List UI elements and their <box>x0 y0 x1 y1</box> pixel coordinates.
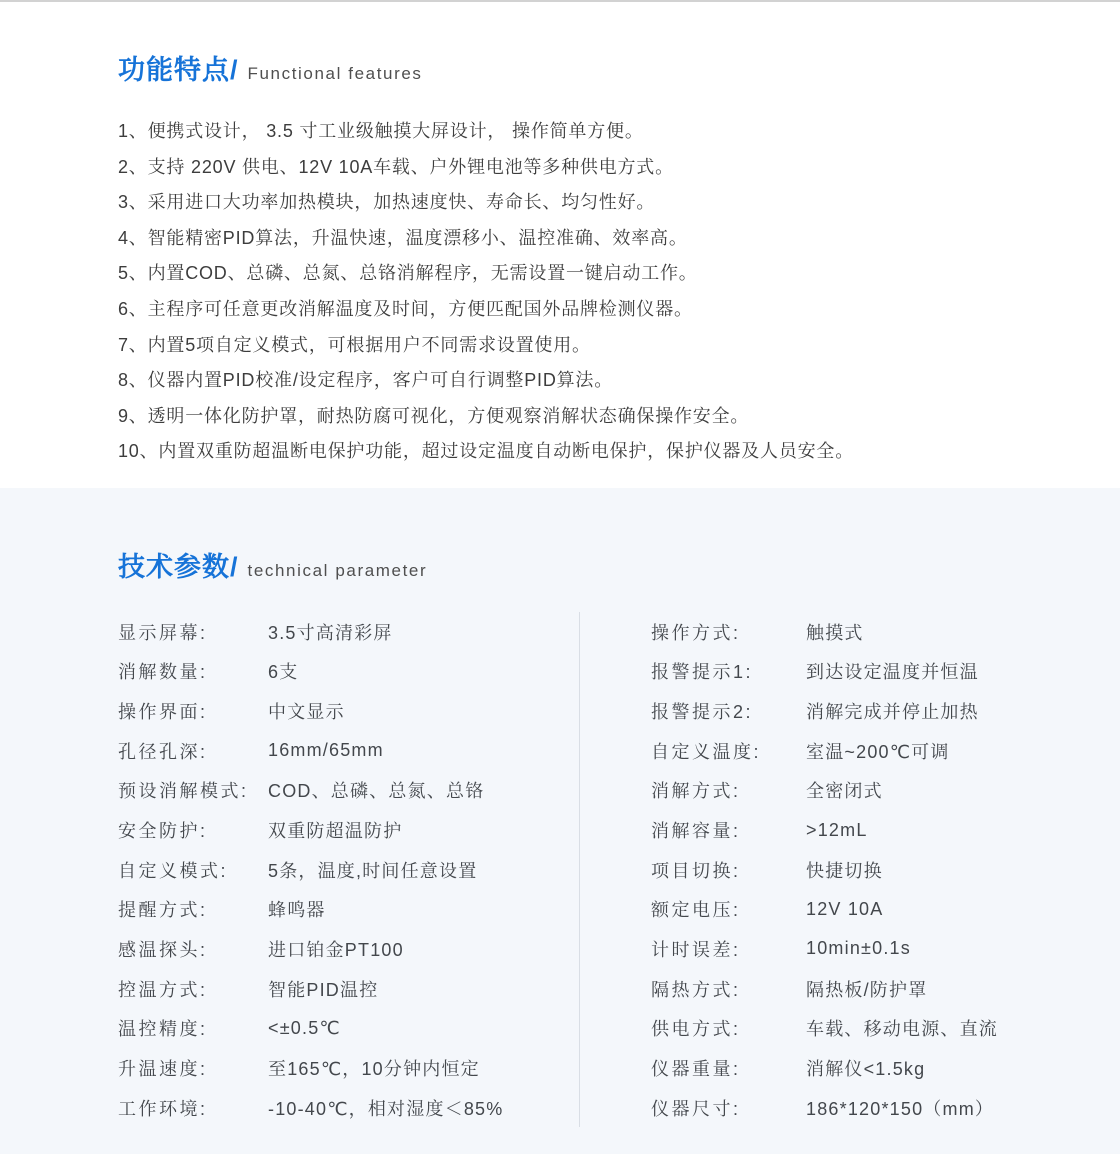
spec-value: 至165℃，10分钟内恒定 <box>268 1055 480 1081</box>
spec-value: 12V 10A <box>806 899 883 920</box>
spec-label: 工作环境: <box>118 1095 268 1121</box>
spec-value: 消解仪<1.5kg <box>806 1055 925 1081</box>
feature-item: 8、仪器内置PID校准/设定程序，客户可自行调整PID算法。 <box>118 363 1120 399</box>
feature-list: 1、便携式设计， 3.5 寸工业级触摸大屏设计， 操作简单方便。2、支持 220… <box>0 114 1120 470</box>
feature-item: 3、采用进口大功率加热模块，加热速度快、寿命长、均匀性好。 <box>118 185 1120 221</box>
spec-value: 快捷切换 <box>806 857 883 883</box>
feature-item: 6、主程序可任意更改消解温度及时间，方便匹配国外品牌检测仪器。 <box>118 292 1120 328</box>
spec-label: 自定义温度: <box>651 738 806 764</box>
spec-row: 自定义温度: 室温~200℃可调 <box>651 731 1120 771</box>
spec-label: 控温方式: <box>118 976 268 1002</box>
spec-row: 提醒方式: 蜂鸣器 <box>118 889 579 929</box>
spec-row: 工作环境: -10-40℃，相对湿度＜85% <box>118 1088 579 1128</box>
spec-label: 消解方式: <box>651 777 806 803</box>
spec-value: 3.5寸高清彩屏 <box>268 619 393 645</box>
spec-row: 消解容量: >12mL <box>651 810 1120 850</box>
spec-label: 预设消解模式: <box>118 777 268 803</box>
spec-row: 隔热方式: 隔热板/防护罩 <box>651 969 1120 1009</box>
functional-features-section: 功能特点/ Functional features 1、便携式设计， 3.5 寸… <box>0 2 1120 488</box>
spec-label: 温控精度: <box>118 1015 268 1041</box>
spec-table: 显示屏幕: 3.5寸高清彩屏 消解数量: 6支 操作界面: 中文显示 孔径孔深:… <box>0 612 1120 1127</box>
features-section-title: 功能特点/ Functional features <box>0 48 1120 87</box>
spec-value: 16mm/65mm <box>268 740 384 761</box>
spec-label: 消解数量: <box>118 658 268 684</box>
spec-value: 到达设定温度并恒温 <box>806 658 979 684</box>
spec-row: 安全防护: 双重防超温防护 <box>118 810 579 850</box>
spec-label: 报警提示2: <box>651 698 806 724</box>
feature-item: 7、内置5项自定义模式，可根据用户不同需求设置使用。 <box>118 328 1120 364</box>
spec-row: 报警提示2: 消解完成并停止加热 <box>651 691 1120 731</box>
spec-value: 智能PID温控 <box>268 976 378 1002</box>
spec-label: 操作方式: <box>651 619 806 645</box>
spec-label: 显示屏幕: <box>118 619 268 645</box>
spec-label: 提醒方式: <box>118 896 268 922</box>
specs-section-title: 技术参数/ technical parameter <box>0 545 1120 584</box>
spec-label: 孔径孔深: <box>118 738 268 764</box>
spec-row: 额定电压: 12V 10A <box>651 889 1120 929</box>
spec-row: 仪器尺寸: 186*120*150（mm） <box>651 1088 1120 1128</box>
spec-label: 安全防护: <box>118 817 268 843</box>
feature-item: 9、透明一体化防护罩，耐热防腐可视化，方便观察消解状态确保操作安全。 <box>118 399 1120 435</box>
features-title-zh: 功能特点/ <box>118 48 239 87</box>
feature-item: 4、智能精密PID算法，升温快速，温度漂移小、温控准确、效率高。 <box>118 221 1120 257</box>
spec-value: 10min±0.1s <box>806 938 911 959</box>
spec-row: 报警提示1: 到达设定温度并恒温 <box>651 652 1120 692</box>
spec-row: 预设消解模式: COD、总磷、总氮、总铬 <box>118 771 579 811</box>
spec-label: 项目切换: <box>651 857 806 883</box>
spec-value: 6支 <box>268 658 298 684</box>
technical-parameter-section: 技术参数/ technical parameter 显示屏幕: 3.5寸高清彩屏… <box>0 488 1120 1154</box>
spec-row: 孔径孔深: 16mm/65mm <box>118 731 579 771</box>
specs-title-en: technical parameter <box>248 561 428 581</box>
spec-row: 消解数量: 6支 <box>118 652 579 692</box>
spec-row: 仪器重量: 消解仪<1.5kg <box>651 1048 1120 1088</box>
spec-row: 升温速度: 至165℃，10分钟内恒定 <box>118 1048 579 1088</box>
spec-row: 供电方式: 车载、移动电源、直流 <box>651 1008 1120 1048</box>
spec-value: 进口铂金PT100 <box>268 936 404 962</box>
spec-value: 全密闭式 <box>806 777 883 803</box>
spec-value: <±0.5℃ <box>268 1018 341 1039</box>
spec-row: 操作界面: 中文显示 <box>118 691 579 731</box>
spec-value: 消解完成并停止加热 <box>806 698 979 724</box>
spec-value: 186*120*150（mm） <box>806 1095 994 1121</box>
spec-label: 仪器尺寸: <box>651 1095 806 1121</box>
feature-item: 2、支持 220V 供电、12V 10A车载、户外锂电池等多种供电方式。 <box>118 150 1120 186</box>
spec-value: 车载、移动电源、直流 <box>806 1015 998 1041</box>
spec-row: 显示屏幕: 3.5寸高清彩屏 <box>118 612 579 652</box>
spec-value: -10-40℃，相对湿度＜85% <box>268 1095 503 1121</box>
spec-value: COD、总磷、总氮、总铬 <box>268 777 484 803</box>
features-title-en: Functional features <box>248 64 423 84</box>
spec-label: 仪器重量: <box>651 1055 806 1081</box>
spec-row: 消解方式: 全密闭式 <box>651 771 1120 811</box>
spec-label: 报警提示1: <box>651 658 806 684</box>
spec-value: >12mL <box>806 820 868 841</box>
spec-value: 5条，温度,时间任意设置 <box>268 857 477 883</box>
spec-label: 供电方式: <box>651 1015 806 1041</box>
spec-value: 隔热板/防护罩 <box>806 976 927 1002</box>
specs-title-zh: 技术参数/ <box>118 545 239 584</box>
spec-row: 项目切换: 快捷切换 <box>651 850 1120 890</box>
spec-row: 操作方式: 触摸式 <box>651 612 1120 652</box>
feature-item: 5、内置COD、总磷、总氮、总铬消解程序，无需设置一键启动工作。 <box>118 256 1120 292</box>
spec-label: 额定电压: <box>651 896 806 922</box>
spec-value: 双重防超温防护 <box>268 817 402 843</box>
spec-label: 自定义模式: <box>118 857 268 883</box>
spec-column-right: 操作方式: 触摸式 报警提示1: 到达设定温度并恒温 报警提示2: 消解完成并停… <box>579 612 1120 1127</box>
spec-label: 隔热方式: <box>651 976 806 1002</box>
feature-item: 1、便携式设计， 3.5 寸工业级触摸大屏设计， 操作简单方便。 <box>118 114 1120 150</box>
spec-label: 操作界面: <box>118 698 268 724</box>
feature-item: 10、内置双重防超温断电保护功能，超过设定温度自动断电保护，保护仪器及人员安全。 <box>118 434 1120 470</box>
spec-value: 室温~200℃可调 <box>806 738 950 764</box>
spec-row: 控温方式: 智能PID温控 <box>118 969 579 1009</box>
spec-row: 自定义模式: 5条，温度,时间任意设置 <box>118 850 579 890</box>
spec-value: 蜂鸣器 <box>268 896 326 922</box>
spec-label: 计时误差: <box>651 936 806 962</box>
spec-value: 触摸式 <box>806 619 864 645</box>
spec-label: 感温探头: <box>118 936 268 962</box>
spec-row: 温控精度: <±0.5℃ <box>118 1008 579 1048</box>
spec-value: 中文显示 <box>268 698 345 724</box>
spec-label: 升温速度: <box>118 1055 268 1081</box>
spec-column-left: 显示屏幕: 3.5寸高清彩屏 消解数量: 6支 操作界面: 中文显示 孔径孔深:… <box>0 612 579 1127</box>
spec-row: 计时误差: 10min±0.1s <box>651 929 1120 969</box>
spec-label: 消解容量: <box>651 817 806 843</box>
spec-row: 感温探头: 进口铂金PT100 <box>118 929 579 969</box>
